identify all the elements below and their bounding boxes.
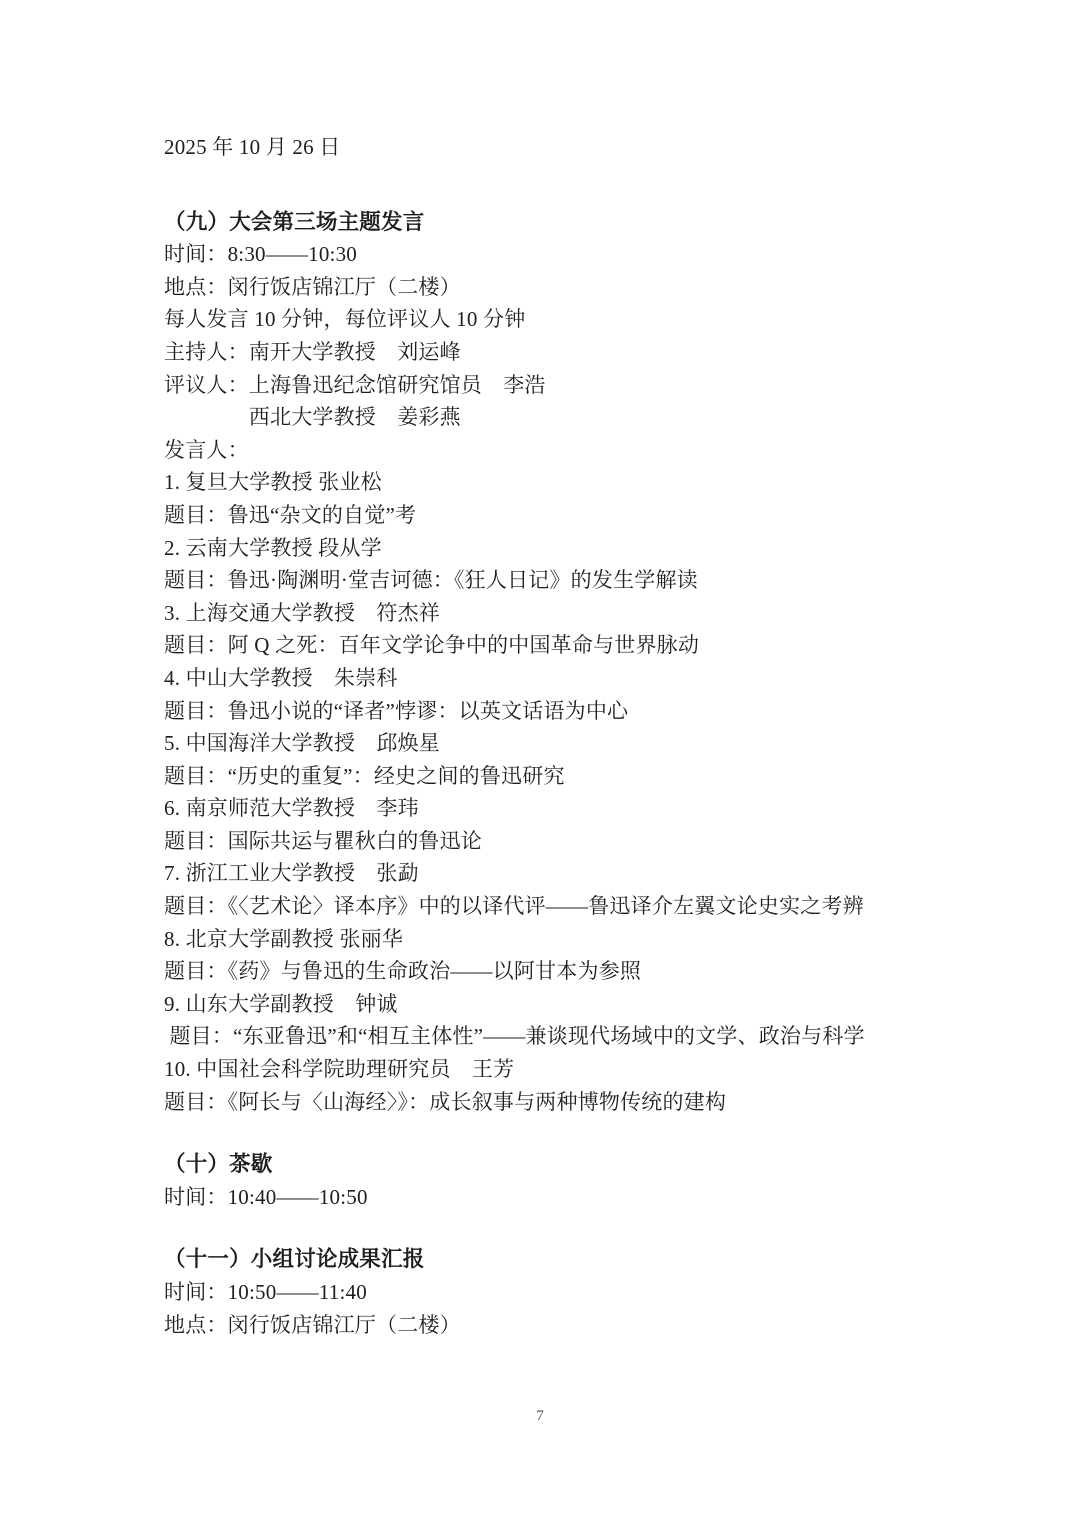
topic-3: 题目：阿 Q 之死：百年文学论争中的中国革命与世界脉动 [164,629,1014,662]
speaker-9: 9. 山东大学副教授 钟诚 [164,988,1014,1021]
speaker-10: 10. 中国社会科学院助理研究员 王芳 [164,1053,1014,1086]
date-line: 2025 年 10 月 26 日 [164,131,1014,164]
venue-line: 地点：闵行饭店锦江厅（二楼） [164,1309,1014,1342]
speakers-label: 发言人： [164,434,1014,467]
topic-2: 题目：鲁迅·陶渊明·堂吉诃德：《狂人日记》的发生学解读 [164,564,1014,597]
discussant-line-2: 西北大学教授 姜彩燕 [164,401,1014,434]
speaker-3: 3. 上海交通大学教授 符杰祥 [164,597,1014,630]
section-11-heading: （十一）小组讨论成果汇报 [164,1243,1014,1276]
speaking-rules-line: 每人发言 10 分钟，每位评议人 10 分钟 [164,303,1014,336]
spacer [164,164,1014,206]
spacer [164,1213,1014,1243]
section-9-third-plenary: （九）大会第三场主题发言 时间：8:30——10:30 地点：闵行饭店锦江厅（二… [164,206,1014,1119]
page-content: 2025 年 10 月 26 日 （九）大会第三场主题发言 时间：8:30——1… [164,131,1014,1341]
time-line: 时间：10:40——10:50 [164,1181,1014,1214]
topic-8: 题目：《药》与鲁迅的生命政治——以阿甘本为参照 [164,955,1014,988]
time-line: 时间：8:30——10:30 [164,238,1014,271]
host-line: 主持人：南开大学教授 刘运峰 [164,336,1014,369]
page-number: 7 [0,1408,1080,1425]
section-10-heading: （十）茶歇 [164,1148,1014,1181]
topic-7: 题目：《〈艺术论〉译本序》中的以译代评——鲁迅译介左翼文论史实之考辨 [164,890,1014,923]
topic-6: 题目：国际共运与瞿秋白的鲁迅论 [164,825,1014,858]
section-10-tea-break: （十）茶歇 时间：10:40——10:50 [164,1148,1014,1213]
speaker-4: 4. 中山大学教授 朱崇科 [164,662,1014,695]
topic-9: 题目：“东亚鲁迅”和“相互主体性”——兼谈现代场域中的文学、政治与科学 [164,1020,1014,1053]
speaker-5: 5. 中国海洋大学教授 邱焕星 [164,727,1014,760]
spacer [164,1118,1014,1148]
speaker-7: 7. 浙江工业大学教授 张勐 [164,857,1014,890]
time-line: 时间：10:50——11:40 [164,1276,1014,1309]
speaker-1: 1. 复旦大学教授 张业松 [164,466,1014,499]
topic-10: 题目：《阿长与〈山海经〉》：成长叙事与两种博物传统的建构 [164,1086,1014,1119]
topic-5: 题目：“历史的重复”：经史之间的鲁迅研究 [164,760,1014,793]
section-11-group-report: （十一）小组讨论成果汇报 时间：10:50——11:40 地点：闵行饭店锦江厅（… [164,1243,1014,1341]
document-page: 2025 年 10 月 26 日 （九）大会第三场主题发言 时间：8:30——1… [0,0,1080,1529]
speaker-8: 8. 北京大学副教授 张丽华 [164,923,1014,956]
speaker-6: 6. 南京师范大学教授 李玮 [164,792,1014,825]
section-9-heading: （九）大会第三场主题发言 [164,206,1014,239]
topic-4: 题目：鲁迅小说的“译者”悖谬：以英文话语为中心 [164,695,1014,728]
discussant-line-1: 评议人：上海鲁迅纪念馆研究馆员 李浩 [164,369,1014,402]
speaker-2: 2. 云南大学教授 段从学 [164,532,1014,565]
topic-1: 题目：鲁迅“杂文的自觉”考 [164,499,1014,532]
venue-line: 地点：闵行饭店锦江厅（二楼） [164,271,1014,304]
